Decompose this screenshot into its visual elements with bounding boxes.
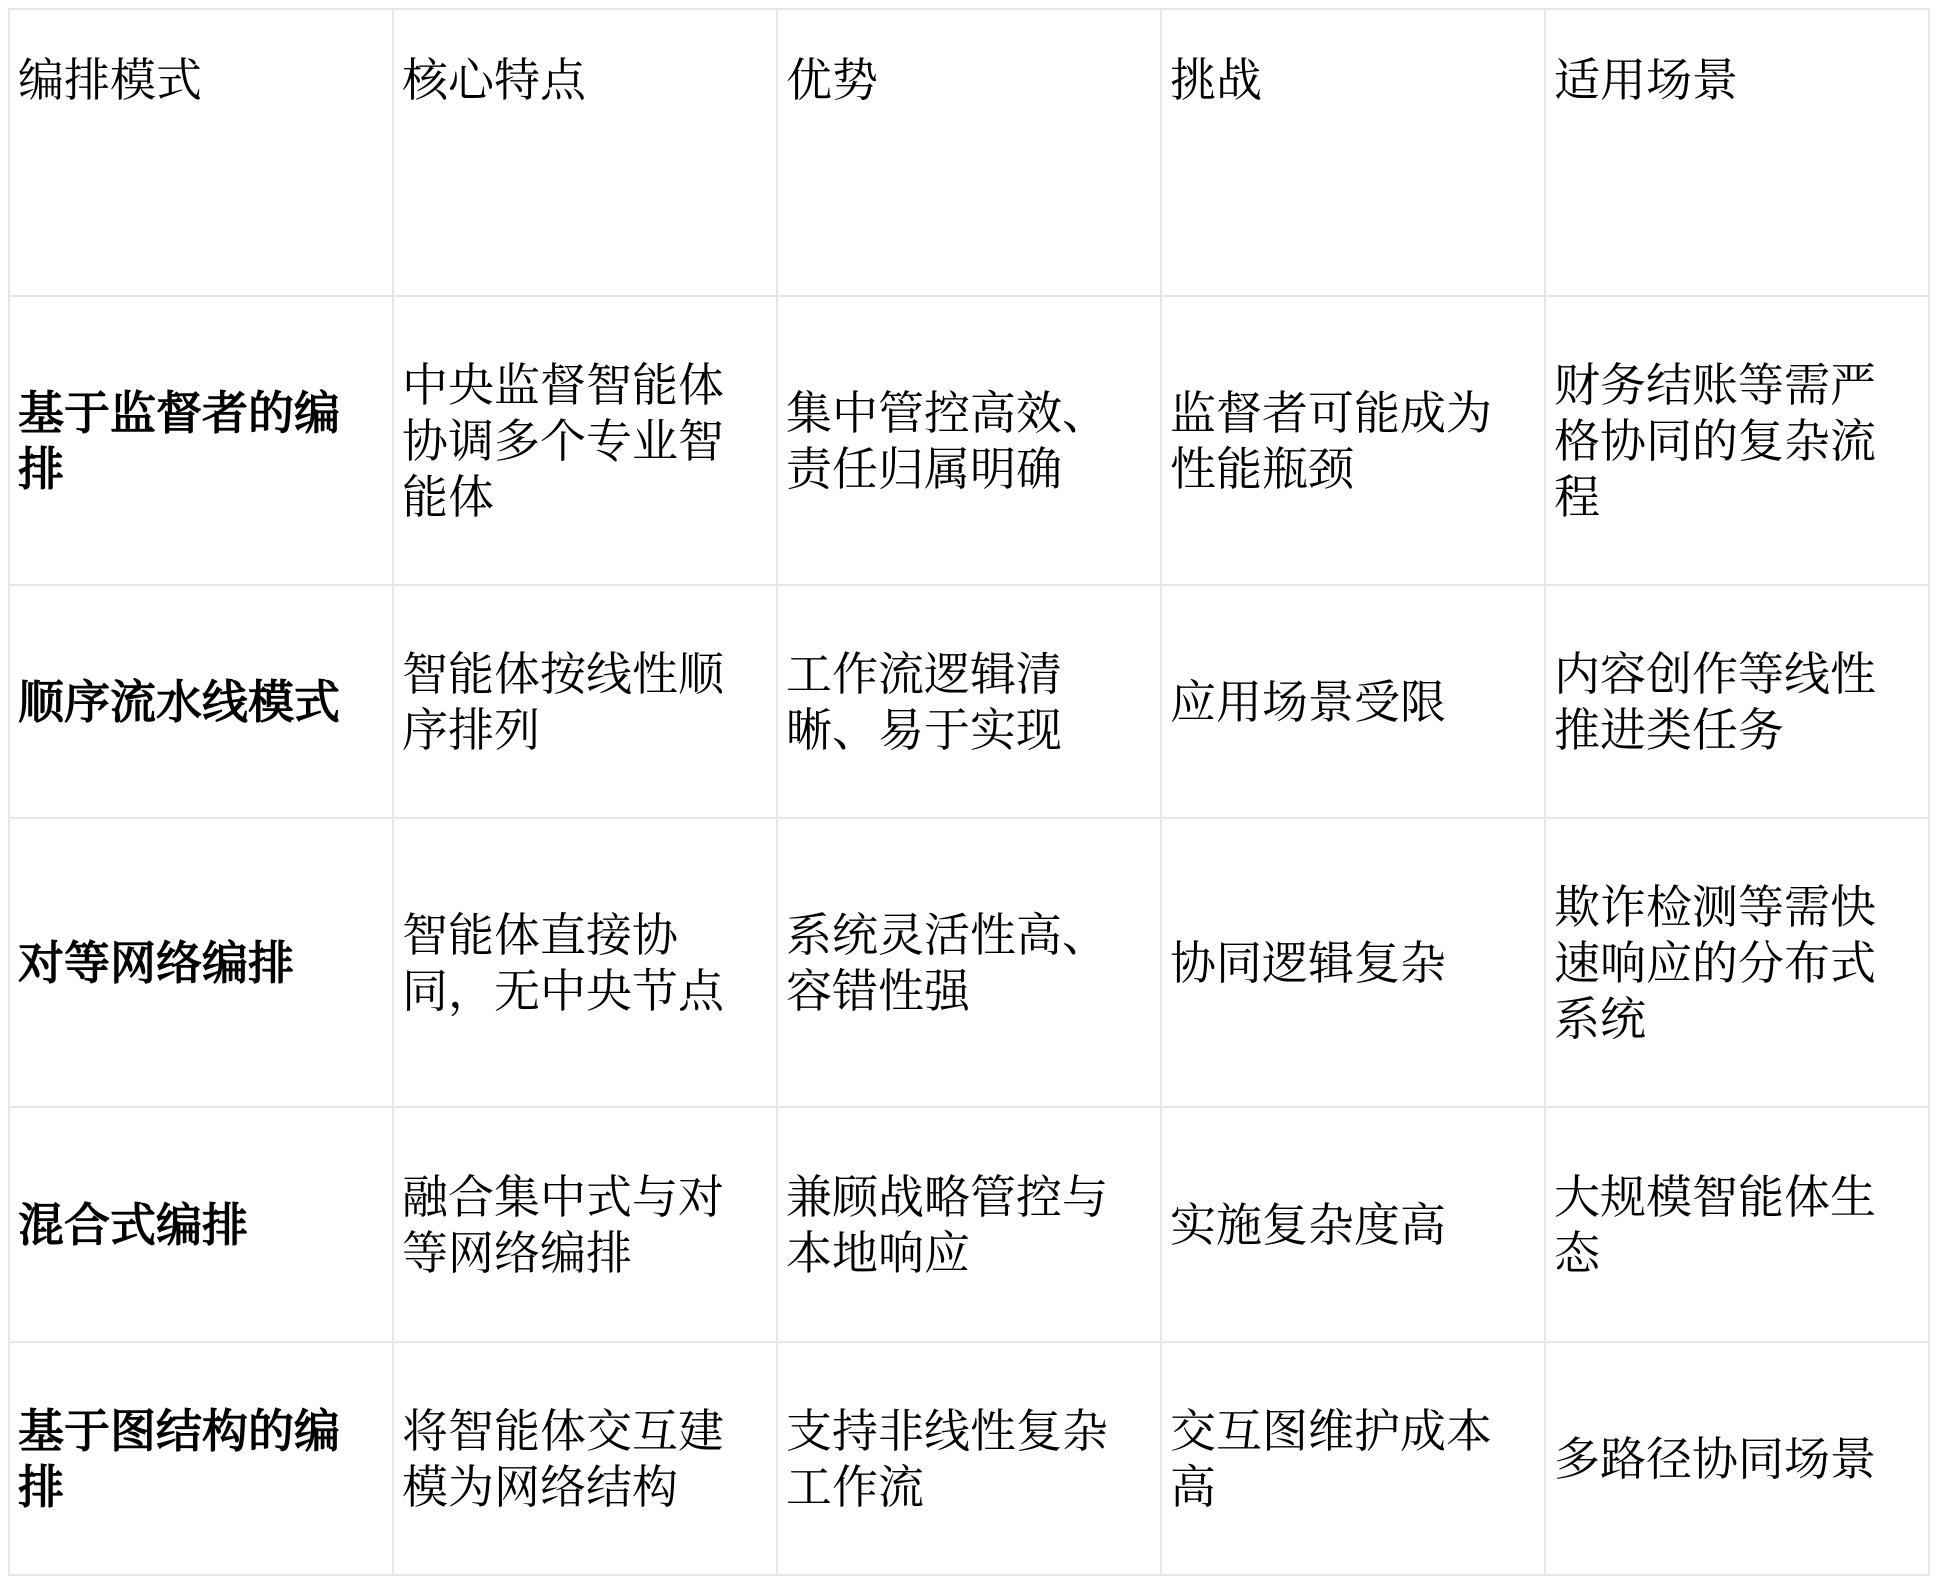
- cell-challenges: 应用场景受限: [1161, 585, 1545, 818]
- cell-scenarios: 欺诈检测等需快速响应的分布式系统: [1545, 818, 1929, 1107]
- cell-mode: 顺序流水线模式: [9, 585, 393, 818]
- cell-core-features: 中央监督智能体协调多个专业智能体: [393, 296, 777, 585]
- cell-scenarios: 多路径协同场景: [1545, 1342, 1929, 1575]
- cell-core-features: 将智能体交互建模为网络结构: [393, 1342, 777, 1575]
- cell-core-features: 智能体按线性顺序排列: [393, 585, 777, 818]
- cell-mode: 对等网络编排: [9, 818, 393, 1107]
- cell-mode: 基于图结构的编排: [9, 1342, 393, 1575]
- cell-mode: 混合式编排: [9, 1107, 393, 1342]
- header-row: 编排模式 核心特点 优势 挑战 适用场景: [9, 9, 1929, 296]
- cell-advantages: 工作流逻辑清晰、易于实现: [777, 585, 1161, 818]
- header-core-features: 核心特点: [393, 9, 777, 296]
- cell-core-features: 融合集中式与对等网络编排: [393, 1107, 777, 1342]
- cell-challenges: 交互图维护成本高: [1161, 1342, 1545, 1575]
- cell-advantages: 兼顾战略管控与本地响应: [777, 1107, 1161, 1342]
- cell-mode: 基于监督者的编排: [9, 296, 393, 585]
- cell-scenarios: 财务结账等需严格协同的复杂流程: [1545, 296, 1929, 585]
- table-row: 对等网络编排 智能体直接协同，无中央节点 系统灵活性高、容错性强 协同逻辑复杂 …: [9, 818, 1929, 1107]
- header-scenarios: 适用场景: [1545, 9, 1929, 296]
- table-row: 混合式编排 融合集中式与对等网络编排 兼顾战略管控与本地响应 实施复杂度高 大规…: [9, 1107, 1929, 1342]
- header-challenges: 挑战: [1161, 9, 1545, 296]
- cell-challenges: 监督者可能成为性能瓶颈: [1161, 296, 1545, 585]
- cell-advantages: 支持非线性复杂工作流: [777, 1342, 1161, 1575]
- cell-challenges: 实施复杂度高: [1161, 1107, 1545, 1342]
- cell-scenarios: 内容创作等线性推进类任务: [1545, 585, 1929, 818]
- cell-advantages: 系统灵活性高、容错性强: [777, 818, 1161, 1107]
- header-mode: 编排模式: [9, 9, 393, 296]
- table-row: 基于监督者的编排 中央监督智能体协调多个专业智能体 集中管控高效、责任归属明确 …: [9, 296, 1929, 585]
- cell-scenarios: 大规模智能体生态: [1545, 1107, 1929, 1342]
- orchestration-modes-table: 编排模式 核心特点 优势 挑战 适用场景 基于监督者的编排 中央监督智能体协调多…: [8, 8, 1930, 1576]
- cell-challenges: 协同逻辑复杂: [1161, 818, 1545, 1107]
- table-row: 顺序流水线模式 智能体按线性顺序排列 工作流逻辑清晰、易于实现 应用场景受限 内…: [9, 585, 1929, 818]
- cell-advantages: 集中管控高效、责任归属明确: [777, 296, 1161, 585]
- table-row: 基于图结构的编排 将智能体交互建模为网络结构 支持非线性复杂工作流 交互图维护成…: [9, 1342, 1929, 1575]
- cell-core-features: 智能体直接协同，无中央节点: [393, 818, 777, 1107]
- header-advantages: 优势: [777, 9, 1161, 296]
